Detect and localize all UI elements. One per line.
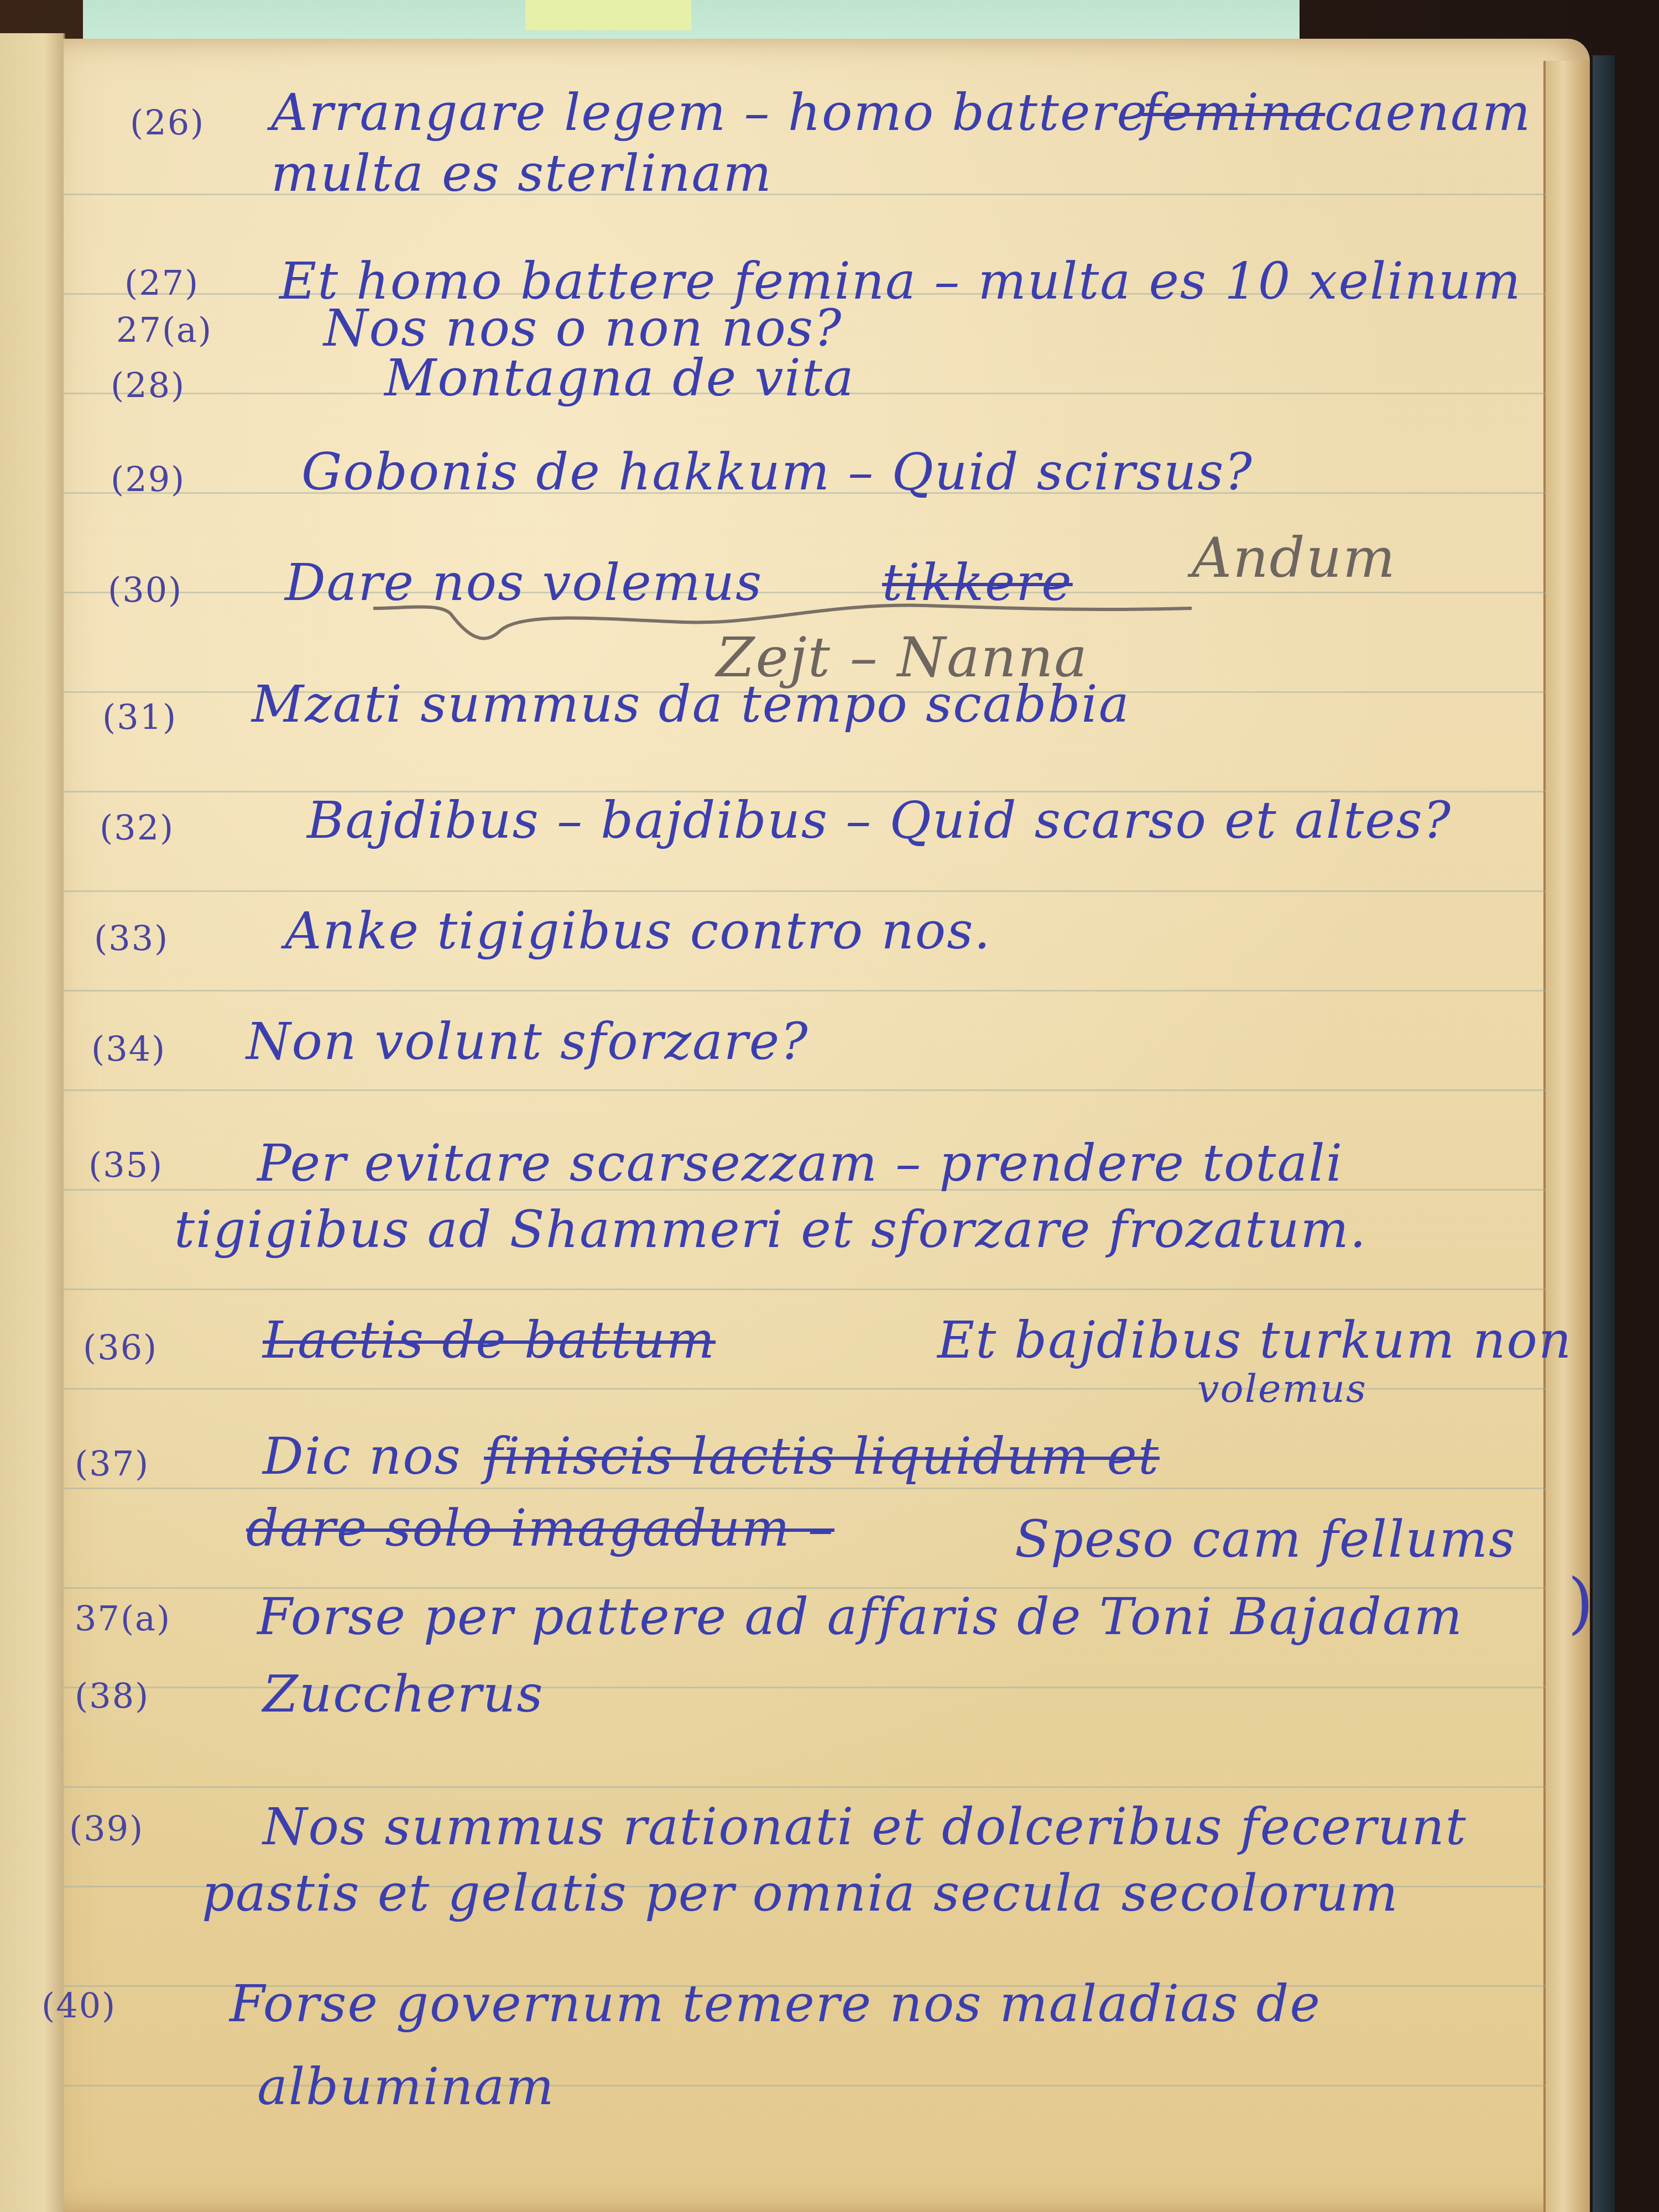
entry-number: (32) — [100, 807, 174, 848]
ruled-line — [64, 1786, 1546, 1788]
entry-text-insertion: volemus — [1197, 1366, 1367, 1411]
closing-bracket-mark: ) — [1568, 1565, 1594, 1642]
entry-text: multa es sterlinam — [271, 144, 773, 203]
entry-number: (31) — [102, 697, 177, 737]
entry-number: (40) — [41, 1985, 116, 2026]
entry-text: Nos summus rationati et dolceribus fecer… — [263, 1797, 1467, 1856]
struck-text: finiscis lactis liquidum et — [484, 1427, 1160, 1486]
entry-text: Mzati summus da tempo scabbia — [252, 675, 1130, 734]
struck-text: Lactis de battum — [263, 1311, 716, 1370]
ruled-line — [64, 890, 1546, 892]
entry-number: (38) — [75, 1676, 149, 1716]
entry-number: (35) — [88, 1145, 163, 1185]
entry-text: pastis et gelatis per omnia secula secol… — [202, 1864, 1399, 1923]
green-page-tab — [83, 0, 1300, 39]
entry-text: Speso cam fellums — [1015, 1510, 1516, 1569]
notebook-page: (26) Arrangare legem – homo battere femi… — [64, 39, 1590, 2212]
struck-text: dare solo imagadum – — [246, 1499, 834, 1558]
entry-number: (27) — [124, 263, 199, 303]
entry-text: albuminam — [257, 2057, 555, 2116]
entry-text: Zuccherus — [263, 1665, 544, 1724]
entry-number: (26) — [130, 102, 205, 143]
yellow-page-tab — [525, 0, 691, 30]
entry-text: Non volunt sforzare? — [246, 1012, 809, 1071]
entry-number: (29) — [111, 459, 185, 499]
entry-text: Anke tigigibus contro nos. — [285, 901, 992, 961]
page-stack-edge — [1543, 61, 1590, 2212]
entry-number: (33) — [94, 918, 169, 958]
entry-text: Arrangare legem – homo battere — [271, 83, 1148, 142]
entry-text: Montagna de vita — [384, 348, 855, 408]
entry-number: (34) — [91, 1029, 166, 1069]
entry-number: 27(a) — [116, 310, 212, 350]
struck-text: femina — [1142, 83, 1325, 142]
entry-text: Forse governum temere nos maladias de — [229, 1974, 1321, 2033]
entry-text: Per evitare scarsezzam – prendere totali — [257, 1134, 1343, 1193]
entry-number: (39) — [69, 1808, 144, 1849]
ruled-line — [64, 990, 1546, 992]
left-facing-page-edge — [0, 33, 65, 2212]
entry-number: (30) — [108, 570, 182, 610]
ruled-line — [64, 1288, 1546, 1290]
entry-text: Et bajdibus turkum non — [937, 1311, 1572, 1370]
entry-text: Gobonis de hakkum – Quid scirsus? — [301, 442, 1253, 502]
entry-number: (28) — [111, 365, 185, 405]
entry-text: Dic nos — [263, 1427, 462, 1486]
entry-number: 37(a) — [75, 1598, 171, 1639]
pencil-annotation: Andum — [1192, 525, 1396, 590]
ruled-line — [64, 1488, 1546, 1489]
entry-text: caenam — [1324, 83, 1531, 142]
entry-text: Forse per pattere ad affaris de Toni Baj… — [257, 1587, 1463, 1646]
entry-text: Bajdibus – bajdibus – Quid scarso et alt… — [307, 791, 1452, 850]
entry-text: tigigibus ad Shammeri et sforzare frozat… — [174, 1200, 1367, 1259]
entry-number: (36) — [83, 1327, 158, 1368]
notebook-cover-edge — [1593, 55, 1615, 2212]
entry-number: (37) — [75, 1443, 149, 1484]
ruled-line — [64, 1089, 1546, 1091]
